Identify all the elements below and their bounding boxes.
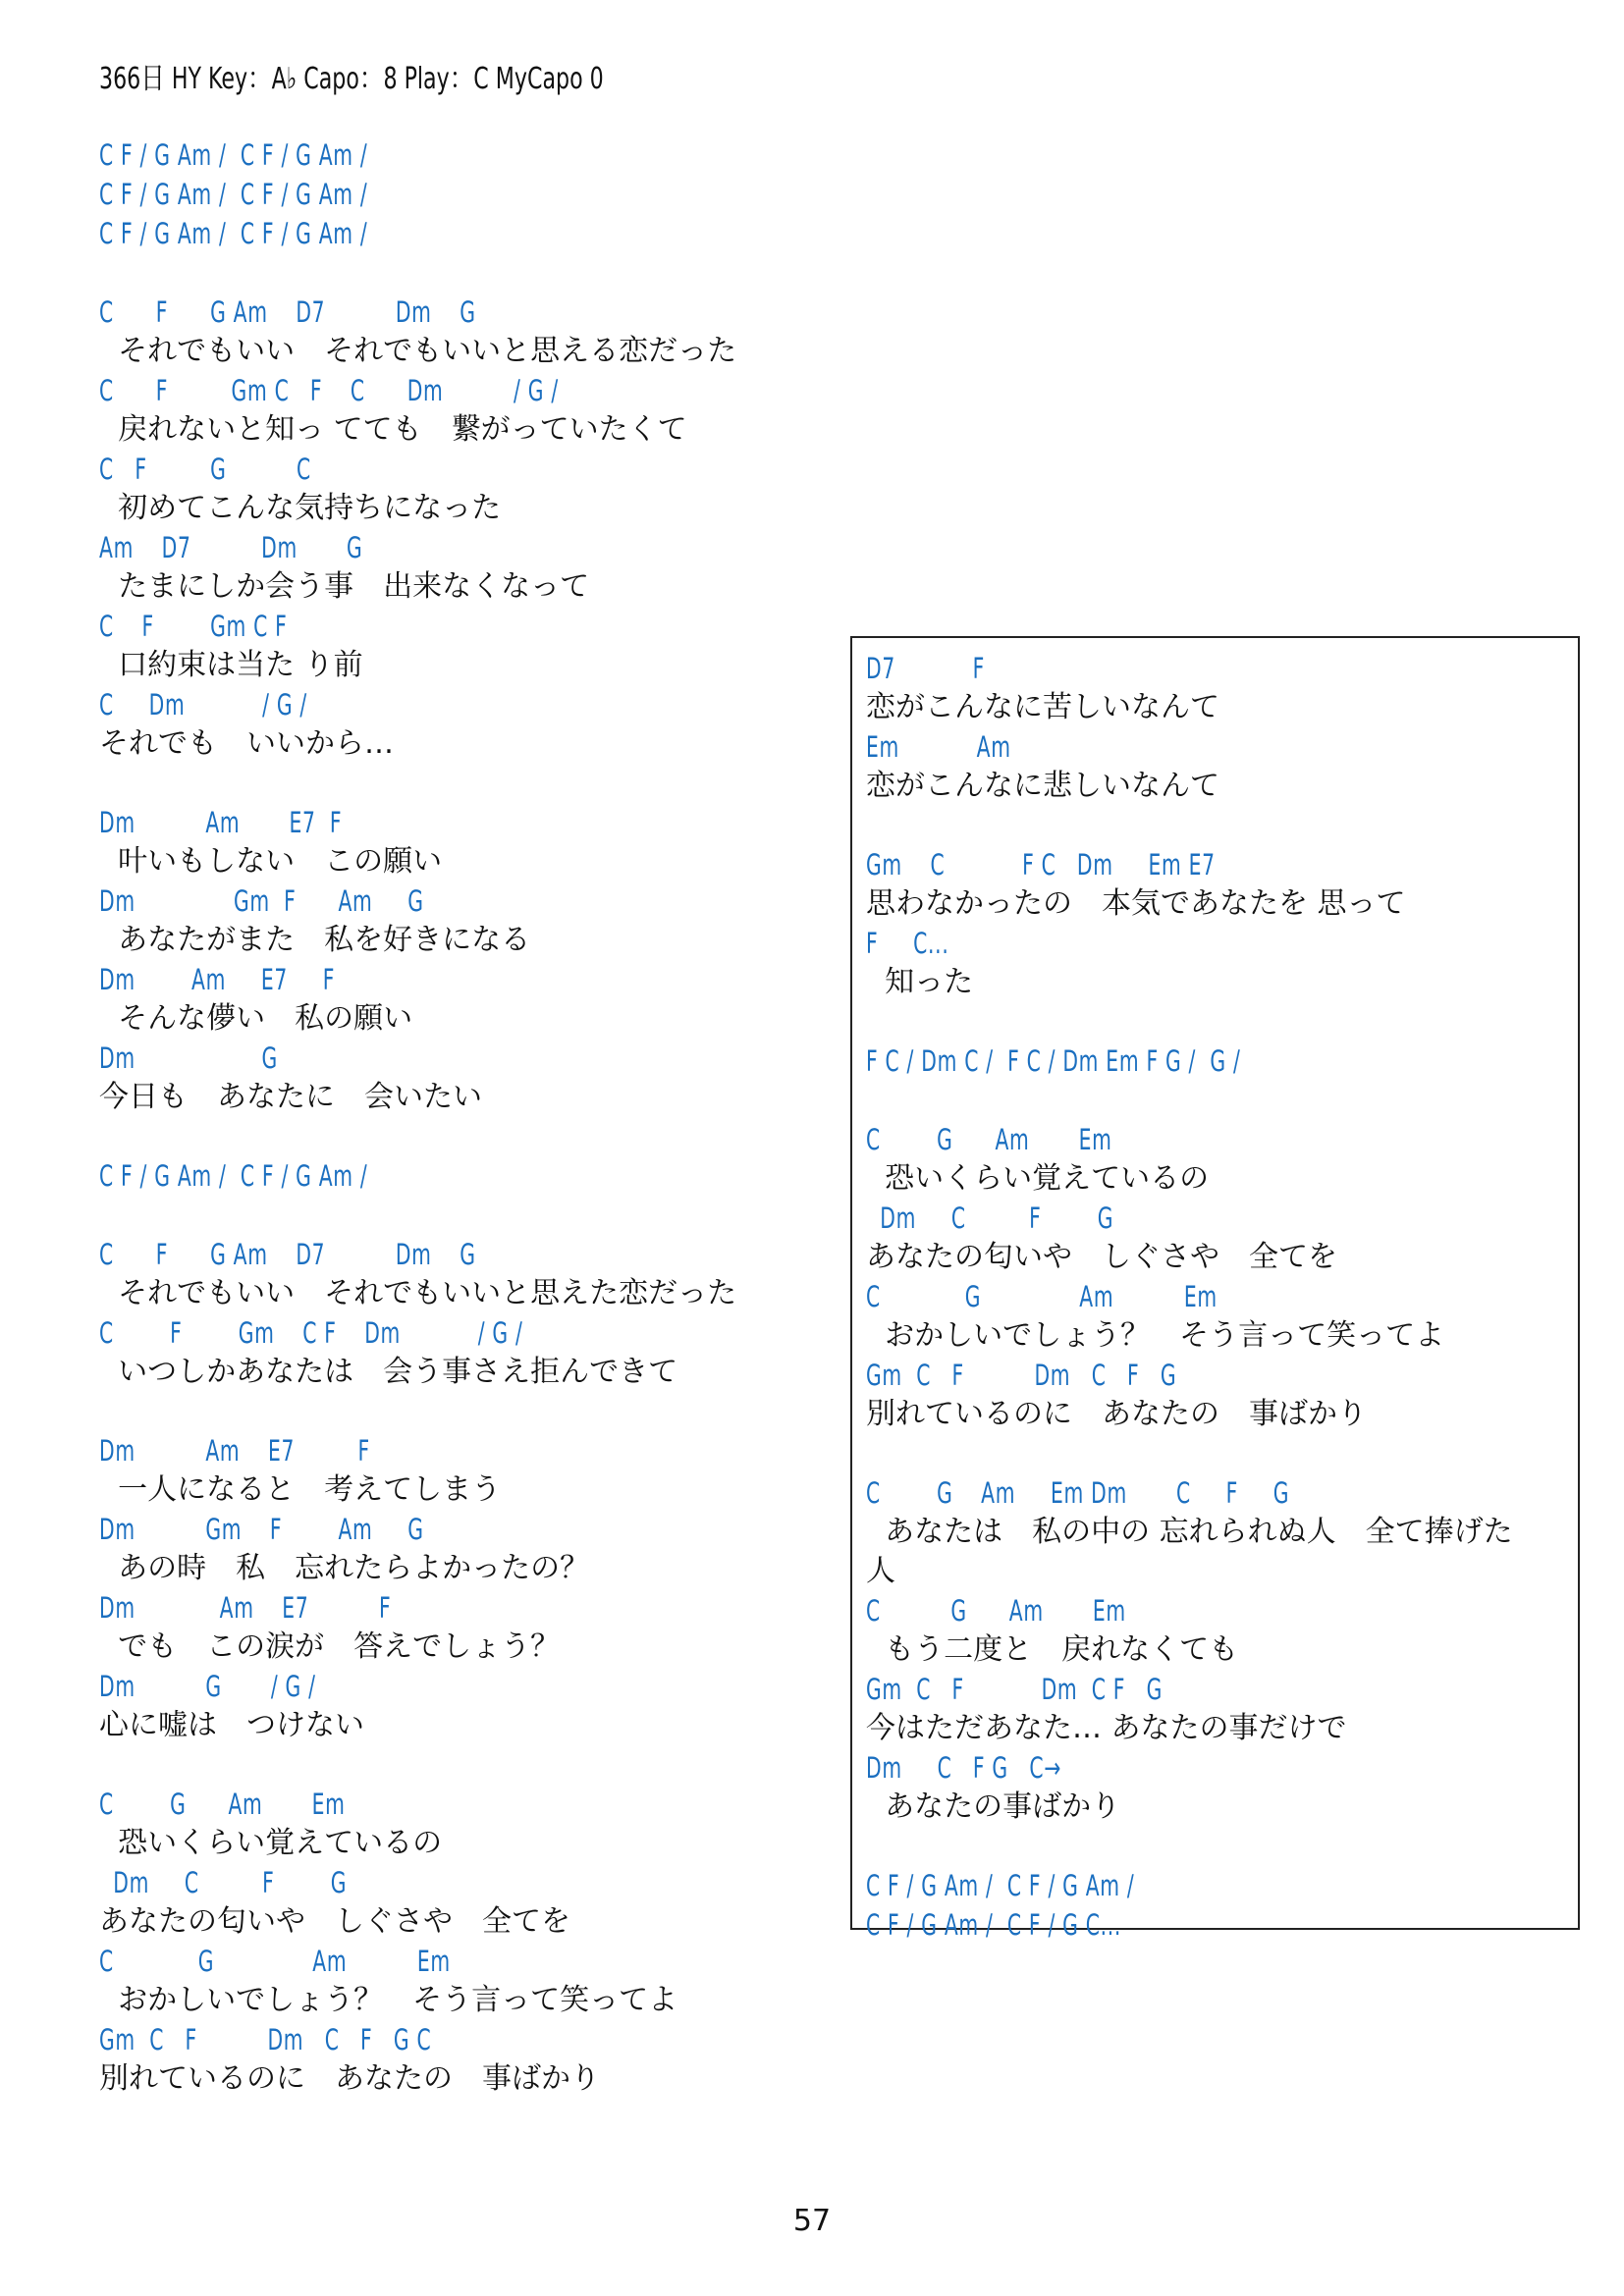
- chord-line: Dm Am E7 F: [99, 1588, 608, 1628]
- lyric-line: 恐いくらい覚えているの: [866, 1159, 1563, 1199]
- chord-row: C G Am Em: [866, 1277, 1563, 1316]
- lyric-line: 別れているのに あなたの 事ばかり: [866, 1395, 1563, 1434]
- chord-row: C F G Am D7 Dm G: [99, 293, 826, 332]
- song-header: 366日 HY Key：A♭ Capo：8 Play：C MyCapo 0: [99, 54, 604, 97]
- lyric-row: あなたの事ばかり: [866, 1788, 1563, 1827]
- chord-row: Em Am: [866, 727, 1563, 767]
- lyric-row: あなたの匂いや しぐさや 全てを: [99, 1902, 826, 1942]
- chord-line: C F Gm C F C Dm / G /: [99, 371, 608, 410]
- chord-row: C F G Am D7 Dm G: [99, 1235, 826, 1274]
- lyric-line: それでも いいから…: [99, 724, 826, 764]
- chord-line: C F / G Am / C F / G Am /: [99, 175, 608, 214]
- chord-row: Dm Gm F Am G: [99, 1510, 826, 1549]
- lyric-row: それでもいい それでもいいと思える恋だった: [99, 332, 826, 371]
- chord-row: Dm Am E7 F: [99, 960, 826, 999]
- chord-line: Dm G / G /: [99, 1667, 608, 1706]
- chord-line: C F / G Am / C F / G Am /: [99, 1156, 608, 1196]
- chord-line: C F / G Am / C F / G C...: [866, 1905, 1354, 1945]
- lyric-line: たまにしか会う事 出来なくなって: [99, 567, 826, 607]
- blank-line: [99, 764, 826, 803]
- lyric-row: そんな儚い 私の願い: [99, 999, 826, 1039]
- chord-line: Gm C F Dm C F G: [866, 1356, 1354, 1395]
- lyric-line: 一人になると 考えてしまう: [99, 1470, 826, 1510]
- lyric-row: 恐いくらい覚えているの: [99, 1824, 826, 1863]
- chord-row: C F G C: [99, 450, 826, 489]
- lyric-row: 初めてこんな気持ちになった: [99, 489, 826, 528]
- chord-line: C F G Am D7 Dm G: [99, 1235, 608, 1274]
- lyric-row: 恋がこんなに悲しいなんて: [866, 767, 1563, 806]
- lyric-row: 知った: [866, 963, 1563, 1002]
- lyric-line: おかしいでしょう？ そう言って笑ってよ: [99, 1981, 826, 2020]
- lyric-row: あなたは 私の中の 忘れられぬ人 全て捧げた: [866, 1513, 1563, 1552]
- chord-row: C F / G Am / C F / G C...: [866, 1905, 1563, 1945]
- chord-line: C Dm / G /: [99, 685, 608, 724]
- lyric-line: それでもいい それでもいいと思える恋だった: [99, 332, 826, 371]
- lyric-line: あなたがまた 私を好きになる: [99, 921, 826, 960]
- lyric-row: でも この涙が 答えでしょう？: [99, 1628, 826, 1667]
- chord-row: C F Gm C F C Dm / G /: [99, 371, 826, 410]
- blank-line: [866, 1827, 1563, 1866]
- right-column: D7 F恋がこんなに苦しいなんてEm Am恋がこんなに悲しいなんてGm C F …: [866, 649, 1563, 1945]
- lyric-line: いつしかあなたは 会う事さえ拒んできて: [99, 1353, 826, 1392]
- lyric-row: 別れているのに あなたの 事ばかり: [99, 2059, 826, 2099]
- chord-line: Dm Am E7 F: [99, 960, 608, 999]
- lyric-line: そんな儚い 私の願い: [99, 999, 826, 1039]
- chord-line: C G Am Em: [99, 1942, 608, 1981]
- chord-row: C F / G Am / C F / G Am /: [99, 175, 826, 214]
- chord-row: Gm C F Dm C F G: [866, 1356, 1563, 1395]
- chord-row: C F / G Am / C F / G Am /: [866, 1866, 1563, 1905]
- lyric-row: 今日も あなたに 会いたい: [99, 1078, 826, 1117]
- chord-line: Am D7 Dm G: [99, 528, 608, 567]
- chord-line: Em Am: [866, 727, 1354, 767]
- lyric-line: 今はただあなた… あなたの事だけで: [866, 1709, 1563, 1748]
- chord-line: Dm Gm F Am G: [99, 881, 608, 921]
- lyric-row: 別れているのに あなたの 事ばかり: [866, 1395, 1563, 1434]
- lyric-line: あなたの事ばかり: [866, 1788, 1563, 1827]
- lyric-row: 戻れないと知っ てても 繋がっていたくて: [99, 410, 826, 450]
- blank-line: [866, 1002, 1563, 1041]
- chord-line: C F / G Am / C F / G Am /: [99, 214, 608, 253]
- lyric-line: それでもいい それでもいいと思えた恋だった: [99, 1274, 826, 1313]
- lyric-line: あの時 私 忘れたらよかったの？: [99, 1549, 826, 1588]
- chord-line: C G Am Em Dm C F G: [866, 1473, 1354, 1513]
- lyric-row: 今はただあなた… あなたの事だけで: [866, 1709, 1563, 1748]
- lyric-row: 一人になると 考えてしまう: [99, 1470, 826, 1510]
- chord-row: Gm C F Dm C F G: [866, 1670, 1563, 1709]
- lyric-row: 叶いもしない この願い: [99, 842, 826, 881]
- chord-line: Gm C F Dm C F G: [866, 1670, 1354, 1709]
- chord-row: C F / G Am / C F / G Am /: [99, 214, 826, 253]
- lyric-line: 思わなかったの 本気であなたを 思って: [866, 884, 1563, 924]
- lyric-row: あの時 私 忘れたらよかったの？: [99, 1549, 826, 1588]
- lyric-row: 思わなかったの 本気であなたを 思って: [866, 884, 1563, 924]
- lyric-line: あなたの匂いや しぐさや 全てを: [866, 1238, 1563, 1277]
- chord-row: Dm C F G: [99, 1863, 826, 1902]
- chord-row: Dm C F G: [866, 1199, 1563, 1238]
- lyric-line: 初めてこんな気持ちになった: [99, 489, 826, 528]
- blank-line: [866, 806, 1563, 845]
- lyric-line: 別れているのに あなたの 事ばかり: [99, 2059, 826, 2099]
- chord-row: C G Am Em: [99, 1785, 826, 1824]
- lyric-line: 戻れないと知っ てても 繋がっていたくて: [99, 410, 826, 450]
- lyric-line: 今日も あなたに 会いたい: [99, 1078, 826, 1117]
- lyric-row: たまにしか会う事 出来なくなって: [99, 567, 826, 607]
- chord-line: Gm C F Dm C F G C: [99, 2020, 608, 2059]
- blank-line: [99, 253, 826, 293]
- lyric-row: あなたの匂いや しぐさや 全てを: [866, 1238, 1563, 1277]
- lyric-row: 人: [866, 1552, 1563, 1591]
- chord-line: Dm C F G: [99, 1863, 608, 1902]
- lyric-line: もう二度と 戻れなくても: [866, 1630, 1563, 1670]
- chord-line: F C / Dm C / F C / Dm Em F G / G /: [866, 1041, 1354, 1081]
- blank-line: [866, 1081, 1563, 1120]
- lyric-row: おかしいでしょう？ そう言って笑ってよ: [99, 1981, 826, 2020]
- chord-row: Dm Gm F Am G: [99, 881, 826, 921]
- chord-line: C G Am Em: [866, 1277, 1354, 1316]
- lyric-row: いつしかあなたは 会う事さえ拒んできて: [99, 1353, 826, 1392]
- chord-row: Am D7 Dm G: [99, 528, 826, 567]
- chord-row: C F Gm C F Dm / G /: [99, 1313, 826, 1353]
- chord-row: Gm C F Dm C F G C: [99, 2020, 826, 2059]
- chord-row: C G Am Em: [99, 1942, 826, 1981]
- lyric-line: でも この涙が 答えでしょう？: [99, 1628, 826, 1667]
- chord-line: Dm Am E7 F: [99, 1431, 608, 1470]
- lyric-row: もう二度と 戻れなくても: [866, 1630, 1563, 1670]
- chord-row: C F Gm C F: [99, 607, 826, 646]
- lyric-line: あなたは 私の中の 忘れられぬ人 全て捧げた: [866, 1513, 1563, 1552]
- chord-line: C G Am Em: [866, 1591, 1354, 1630]
- chord-row: C G Am Em: [866, 1120, 1563, 1159]
- chord-row: Dm Am E7 F: [99, 1431, 826, 1470]
- blank-line: [99, 1745, 826, 1785]
- chord-line: D7 F: [866, 649, 1354, 688]
- lyric-row: 心に嘘は つけない: [99, 1706, 826, 1745]
- page-number: 57: [0, 2204, 1624, 2238]
- blank-line: [99, 1196, 826, 1235]
- chord-row: Dm G: [99, 1039, 826, 1078]
- lyric-row: それでもいい それでもいいと思えた恋だった: [99, 1274, 826, 1313]
- left-column: C F / G Am / C F / G Am /C F / G Am / C …: [99, 135, 826, 2099]
- chord-row: Dm C F G C→: [866, 1748, 1563, 1788]
- chord-line: C F G Am D7 Dm G: [99, 293, 608, 332]
- chord-line: C F Gm C F: [99, 607, 608, 646]
- lyric-line: 心に嘘は つけない: [99, 1706, 826, 1745]
- chord-line: Dm Am E7 F: [99, 803, 608, 842]
- chord-row: C F / G Am / C F / G Am /: [99, 135, 826, 175]
- chord-line: C F / G Am / C F / G Am /: [866, 1866, 1354, 1905]
- chord-line: Dm C F G: [866, 1199, 1354, 1238]
- chord-row: D7 F: [866, 649, 1563, 688]
- chord-row: Gm C F C Dm Em E7: [866, 845, 1563, 884]
- chord-line: Dm Gm F Am G: [99, 1510, 608, 1549]
- lyric-line: 人: [866, 1552, 1563, 1591]
- lyric-row: 口約束は当た り前: [99, 646, 826, 685]
- chord-row: C F / G Am / C F / G Am /: [99, 1156, 826, 1196]
- blank-line: [99, 1392, 826, 1431]
- lyric-line: 恐いくらい覚えているの: [99, 1824, 826, 1863]
- chord-line: C G Am Em: [99, 1785, 608, 1824]
- chord-row: F C...: [866, 924, 1563, 963]
- lyric-line: 恋がこんなに悲しいなんて: [866, 767, 1563, 806]
- chord-row: Dm Am E7 F: [99, 803, 826, 842]
- chord-line: C G Am Em: [866, 1120, 1354, 1159]
- chord-row: Dm Am E7 F: [99, 1588, 826, 1628]
- blank-line: [99, 1117, 826, 1156]
- chord-line: Dm G: [99, 1039, 608, 1078]
- chord-line: C F Gm C F Dm / G /: [99, 1313, 608, 1353]
- lyric-line: 口約束は当た り前: [99, 646, 826, 685]
- chord-line: Gm C F C Dm Em E7: [866, 845, 1354, 884]
- lyric-row: おかしいでしょう？ そう言って笑ってよ: [866, 1316, 1563, 1356]
- chord-row: C G Am Em Dm C F G: [866, 1473, 1563, 1513]
- lyric-row: それでも いいから…: [99, 724, 826, 764]
- chord-line: Dm C F G C→: [866, 1748, 1354, 1788]
- chord-row: Dm G / G /: [99, 1667, 826, 1706]
- lyric-row: あなたがまた 私を好きになる: [99, 921, 826, 960]
- chord-row: C Dm / G /: [99, 685, 826, 724]
- blank-line: [866, 1434, 1563, 1473]
- lyric-line: 恋がこんなに苦しいなんて: [866, 688, 1563, 727]
- chord-row: C G Am Em: [866, 1591, 1563, 1630]
- lyric-row: 恋がこんなに苦しいなんて: [866, 688, 1563, 727]
- chord-line: F C...: [866, 924, 1354, 963]
- lyric-line: 叶いもしない この願い: [99, 842, 826, 881]
- songbook-page: 366日 HY Key：A♭ Capo：8 Play：C MyCapo 0 C …: [0, 0, 1624, 2296]
- lyric-line: おかしいでしょう？ そう言って笑ってよ: [866, 1316, 1563, 1356]
- chord-line: C F G C: [99, 450, 608, 489]
- lyric-line: あなたの匂いや しぐさや 全てを: [99, 1902, 826, 1942]
- chord-line: C F / G Am / C F / G Am /: [99, 135, 608, 175]
- chord-row: F C / Dm C / F C / Dm Em F G / G /: [866, 1041, 1563, 1081]
- lyric-line: 知った: [866, 963, 1563, 1002]
- lyric-row: 恐いくらい覚えているの: [866, 1159, 1563, 1199]
